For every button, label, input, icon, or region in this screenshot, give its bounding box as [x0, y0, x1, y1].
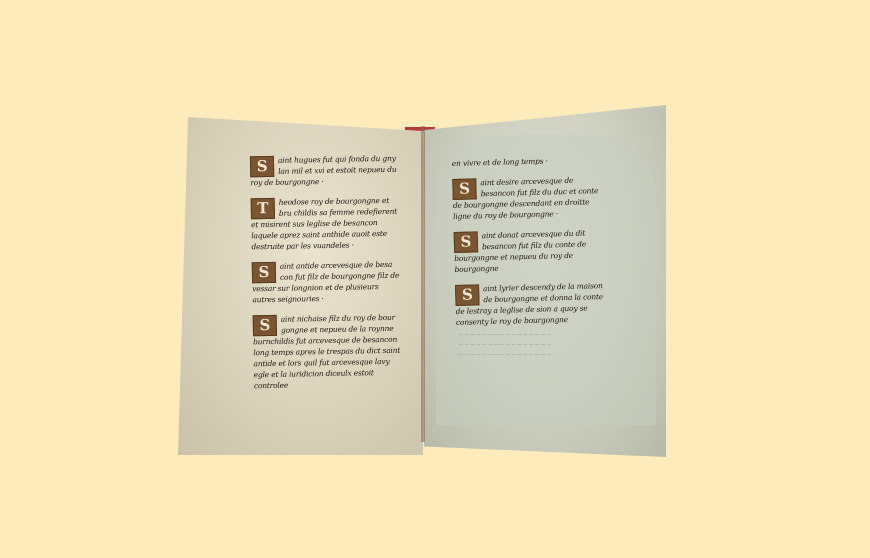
illuminated-initial: S [455, 284, 480, 306]
paragraph: S aint antide arcevesque de besa con fut… [252, 259, 401, 306]
book-spine [421, 126, 425, 442]
right-text-column: en vivre et de long temps · S aint desir… [452, 154, 607, 337]
bleed-through-text: ~~~~~~~~~~~~~~~~~~~~~~~~~~~~~~~~~~~~~~~~… [458, 330, 568, 360]
illuminated-initial: S [452, 178, 477, 200]
illuminated-initial: T [251, 198, 275, 219]
left-text-column: S aint hugues fut qui fonda du gny lan m… [250, 153, 402, 401]
illuminated-initial: S [253, 315, 277, 336]
illuminated-initial: S [454, 231, 479, 253]
paragraph: S aint desire arcevesque de besancon fut… [452, 174, 603, 222]
illuminated-initial: S [252, 262, 276, 283]
open-manuscript: S aint hugues fut qui fonda du gny lan m… [0, 0, 870, 558]
paragraph: T heodose roy de bourgongne et bru child… [251, 195, 400, 253]
illuminated-initial: S [250, 156, 274, 177]
paragraph: S aint donat arcevesque du dit besancon … [454, 227, 605, 275]
paragraph: S aint nichaise filz du roy de bour gong… [253, 312, 402, 392]
paragraph: S aint lyrier descendy de la maison de b… [455, 280, 606, 328]
paragraph: S aint hugues fut qui fonda du gny lan m… [250, 153, 399, 189]
